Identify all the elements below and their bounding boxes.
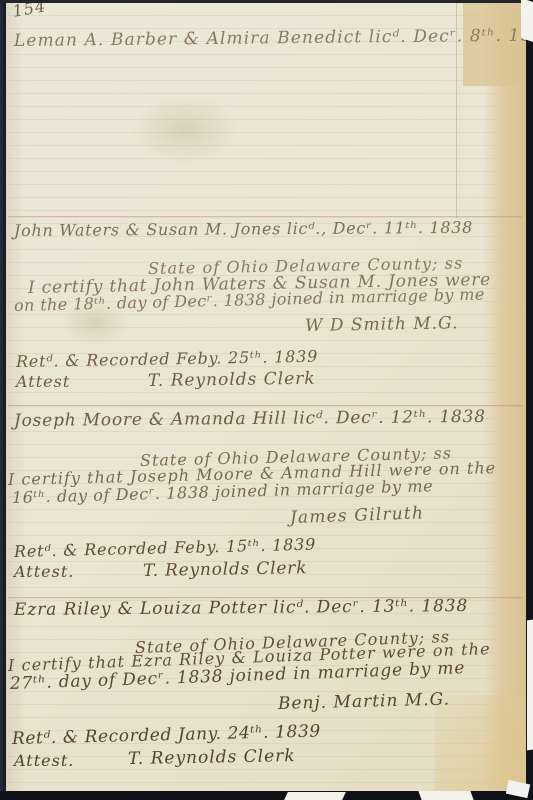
attest-label: Attest xyxy=(16,374,70,391)
officiant-signature: W D Smith M.G. xyxy=(305,315,459,336)
page-edge-tan-band xyxy=(483,0,527,789)
clerk-signature: T. Reynolds Clerk xyxy=(148,371,316,391)
entry-heading: Ezra Riley & Louiza Potter licᵈ. Decʳ. 1… xyxy=(14,598,468,620)
scan-edge-top xyxy=(0,0,533,3)
scanned-ledger-page: 154 Leman A. Barber & Almira Benedict li… xyxy=(0,0,533,800)
clerk-signature: T. Reynolds Clerk xyxy=(128,748,296,769)
torn-edge-fragment xyxy=(521,0,533,42)
attest-label: Attest. xyxy=(14,753,74,770)
attest-label: Attest. xyxy=(14,564,74,581)
separator-rule xyxy=(8,405,522,406)
scan-edge-left xyxy=(0,0,6,800)
clerk-signature: T. Reynolds Clerk xyxy=(143,560,308,581)
paper-stain xyxy=(130,95,240,165)
torn-edge-fragment xyxy=(527,620,533,751)
torn-edge-fragment xyxy=(284,792,346,800)
torn-edge-fragment xyxy=(418,791,473,800)
separator-rule xyxy=(8,216,522,217)
entry-heading: John Waters & Susan M. Jones licᵈ., Decʳ… xyxy=(14,220,473,240)
